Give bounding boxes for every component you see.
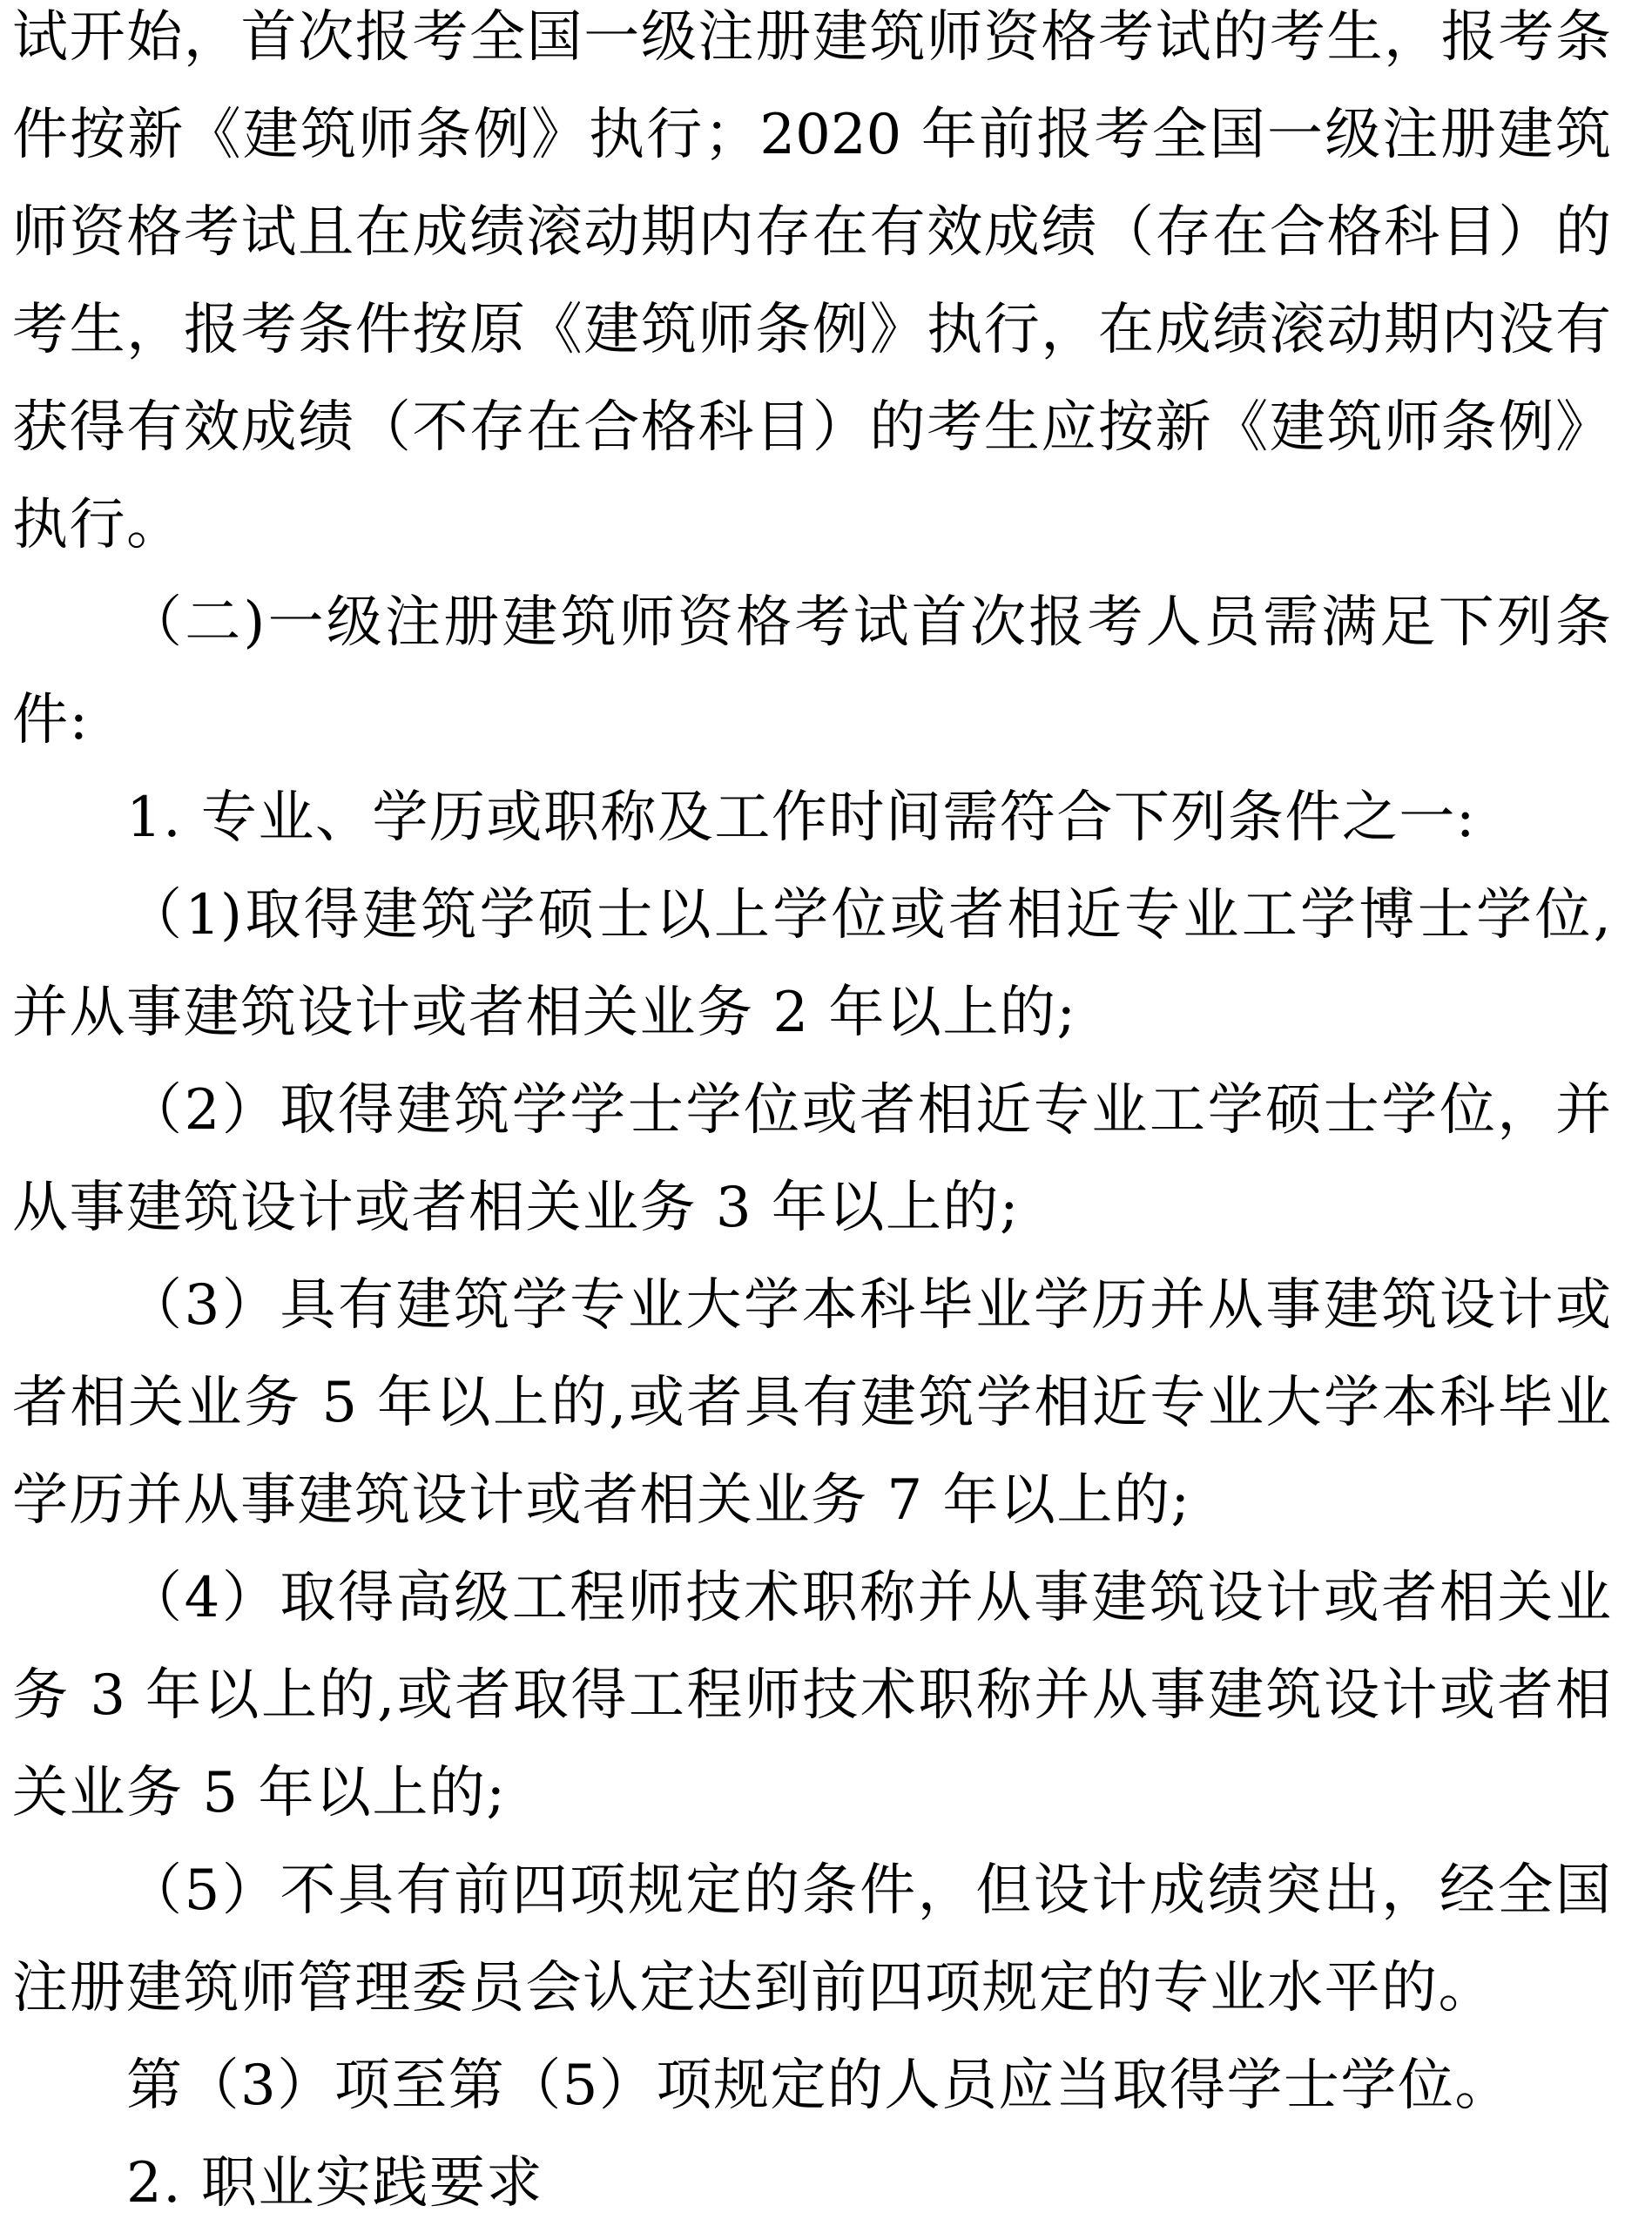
text-line: （3）具有建筑学专业大学本科毕业学历并从事建筑设计或 <box>12 1257 1611 1354</box>
condition-2: （2）取得建筑学学士学位或者相近专业工学硕士学位，并 从事建筑设计或者相关业务 … <box>12 1062 1611 1257</box>
text-line: 并从事建筑设计或者相关业务 2 年以上的; <box>12 964 1611 1062</box>
text-line: 务 3 年以上的,或者取得工程师技术职称并从事建筑设计或者相 <box>12 1647 1611 1744</box>
text-line: 学历并从事建筑设计或者相关业务 7 年以上的; <box>12 1452 1611 1549</box>
condition-4: （4）取得高级工程师技术职称并从事建筑设计或者相关业 务 3 年以上的,或者取得… <box>12 1549 1611 1842</box>
text-line: 获得有效成绩（不存在合格科目）的考生应按新《建筑师条例》 <box>12 379 1611 476</box>
text-line: 考生，报考条件按原《建筑师条例》执行，在成绩滚动期内没有 <box>12 281 1611 379</box>
item-1-heading: 1. 专业、学历或职称及工作时间需符合下列条件之一: <box>12 769 1611 867</box>
text-line: 执行。 <box>12 476 1611 574</box>
text-line: 从事建筑设计或者相关业务 3 年以上的; <box>12 1159 1611 1257</box>
paragraph-registration-rules: 试开始，首次报考全国一级注册建筑师资格考试的考生，报考条 件按新《建筑师条例》执… <box>12 0 1611 574</box>
condition-5: （5）不具有前四项规定的条件，但设计成绩突出，经全国 注册建筑师管理委员会认定达… <box>12 1842 1611 2037</box>
text-line: 者相关业务 5 年以上的,或者具有建筑学相近专业大学本科毕业 <box>12 1354 1611 1452</box>
text-line: 师资格考试且在成绩滚动期内存在有效成绩（存在合格科目）的 <box>12 184 1611 281</box>
text-line: （2）取得建筑学学士学位或者相近专业工学硕士学位，并 <box>12 1062 1611 1159</box>
section-2-heading: （二)一级注册建筑师资格考试首次报考人员需满足下列条 件: <box>12 574 1611 769</box>
text-line: 件: <box>12 671 1611 769</box>
condition-3: （3）具有建筑学专业大学本科毕业学历并从事建筑设计或 者相关业务 5 年以上的,… <box>12 1257 1611 1549</box>
text-line: 关业务 5 年以上的; <box>12 1744 1611 1842</box>
text-line: （二)一级注册建筑师资格考试首次报考人员需满足下列条 <box>12 574 1611 671</box>
text-line: 2. 职业实践要求 <box>12 2135 1611 2226</box>
text-line: （1)取得建筑学硕士以上学位或者相近专业工学博士学位, <box>12 867 1611 964</box>
text-line: （5）不具有前四项规定的条件，但设计成绩突出，经全国 <box>12 1842 1611 1939</box>
degree-requirement-note: 第（3）项至第（5）项规定的人员应当取得学士学位。 <box>12 2037 1611 2135</box>
condition-1: （1)取得建筑学硕士以上学位或者相近专业工学博士学位, 并从事建筑设计或者相关业… <box>12 867 1611 1062</box>
item-2-heading: 2. 职业实践要求 <box>12 2135 1611 2226</box>
text-line: 试开始，首次报考全国一级注册建筑师资格考试的考生，报考条 <box>12 0 1611 86</box>
document-page: 试开始，首次报考全国一级注册建筑师资格考试的考生，报考条 件按新《建筑师条例》执… <box>12 0 1611 2226</box>
text-line: 件按新《建筑师条例》执行；2020 年前报考全国一级注册建筑 <box>12 86 1611 184</box>
text-line: 1. 专业、学历或职称及工作时间需符合下列条件之一: <box>12 769 1611 867</box>
text-line: 注册建筑师管理委员会认定达到前四项规定的专业水平的。 <box>12 1939 1611 2037</box>
text-line: （4）取得高级工程师技术职称并从事建筑设计或者相关业 <box>12 1549 1611 1647</box>
text-line: 第（3）项至第（5）项规定的人员应当取得学士学位。 <box>12 2037 1611 2135</box>
